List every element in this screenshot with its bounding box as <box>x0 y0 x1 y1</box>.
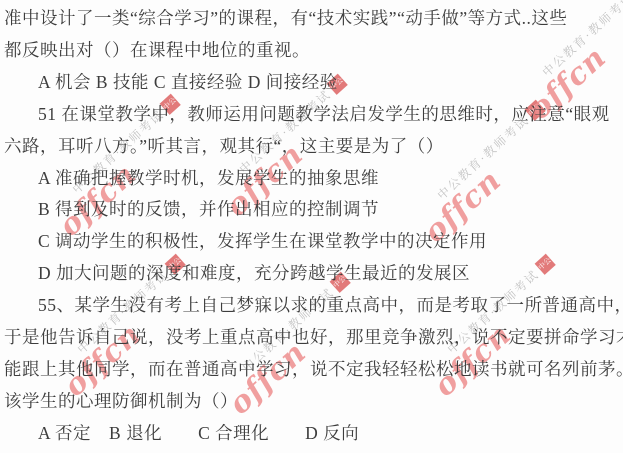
question-text-block: 准中设计了一类“综合学习”的课程，有“技术实践”“动手做”等方式..这些都反映出… <box>4 3 623 450</box>
text-line: D 加大问题的深度和难度，充分跨越学生最近的发展区 <box>4 258 623 290</box>
text-line: B 得到及时的反馈，并作出相应的控制调节 <box>4 194 623 226</box>
text-line: 55、某学生没有考上自己梦寐以求的重点高中，而是考取了一所普通高中， <box>4 290 623 322</box>
text-line: A 否定 B 退化 C 合理化 D 反向 <box>4 418 623 450</box>
text-line: 该学生的心理防御机制为（） <box>4 386 623 418</box>
text-line: 51 在课堂教学中，教师运用问题教学法启发学生的思维时，应注意“眼观 <box>4 99 623 131</box>
text-line: 都反映出对（）在课程中地位的重视。 <box>4 35 623 67</box>
text-line: 准中设计了一类“综合学习”的课程，有“技术实践”“动手做”等方式..这些 <box>4 3 623 35</box>
text-line: 于是他告诉自己说，没考上重点高中也好，那里竞争激烈，说不定要拼命学习才 <box>4 322 623 354</box>
document-page: 中公教育·教师考试中公offcn中公教育·教师考试中公offcn中公教育·教师考… <box>0 0 623 453</box>
text-line: A 准确把握教学时机，发展学生的抽象思维 <box>4 163 623 195</box>
text-line: 能跟上其他同学，而在普通高中学习，说不定我轻轻松松地读书就可名列前茅。 <box>4 354 623 386</box>
text-line: A 机会 B 技能 C 直接经验 D 间接经验 <box>4 67 623 99</box>
text-line: C 调动学生的积极性，发挥学生在课堂教学中的决定作用 <box>4 226 623 258</box>
text-line: 六路，耳听八方。”听其言，观其行“，这主要是为了（） <box>4 131 623 163</box>
